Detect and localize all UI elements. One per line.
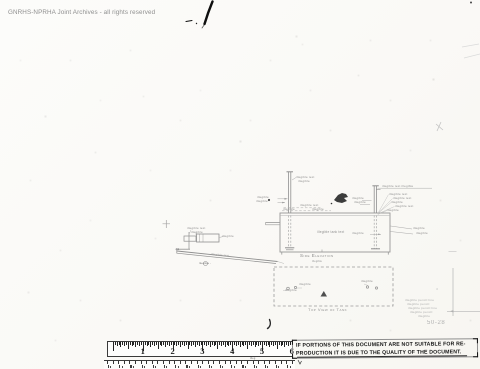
drawing-annotation: illegible tank text: [317, 231, 344, 234]
metric-tick: [264, 361, 265, 364]
drawing-annotation: illegible: [299, 283, 311, 286]
ruler-inch-label: 5: [260, 346, 264, 356]
metric-tick: [169, 361, 170, 364]
metric-tick: [236, 361, 237, 364]
ruler-tick: [189, 342, 190, 345]
ruler-tick: [158, 342, 159, 349]
metric-digit-mark: [287, 365, 288, 368]
drawing-annotation: illegible: [354, 201, 366, 204]
ruler-tick: [156, 342, 157, 345]
ruler-tick: [152, 342, 153, 345]
metric-tick: [157, 361, 158, 364]
ruler-tick: [193, 342, 194, 345]
metric-tick: [185, 361, 186, 364]
ruler-tick: [204, 342, 205, 345]
ruler-tick: [281, 342, 282, 346]
ruler-tick: [210, 342, 211, 347]
ruler-tick: [227, 342, 228, 345]
ruler-tick: [238, 342, 239, 345]
ruler-tick: [214, 342, 215, 346]
ruler-tick: [275, 342, 276, 345]
metric-digit-mark: [142, 365, 143, 368]
ruler-tick: [288, 342, 289, 346]
ruler-tick: [150, 342, 151, 347]
reproduction-stamp: IF PORTIONS OF THIS DOCUMENT ARE NOT SUI…: [292, 338, 478, 359]
ruler-tick: [230, 342, 231, 345]
scale-ruler: 123456: [107, 341, 293, 357]
ruler-tick: [247, 342, 248, 349]
metric-digit-mark: [211, 366, 212, 368]
ruler-tick: [180, 342, 181, 347]
metric-digit-mark: [278, 366, 279, 368]
metric-digit-mark: [200, 366, 201, 368]
ruler-tick: [186, 342, 187, 345]
ruler-inch-label: 4: [230, 346, 234, 356]
ruler-tick: [165, 342, 166, 347]
ruler-tick: [184, 342, 185, 346]
ruler-tick: [255, 342, 256, 347]
ruler-tick: [182, 342, 183, 345]
metric-ruler-strip: [104, 360, 295, 369]
metric-digit-mark: [209, 365, 210, 368]
ruler-tick: [139, 342, 140, 346]
metric-digit-mark: [178, 366, 179, 368]
ruler-tick: [208, 342, 209, 345]
ruler-tick: [256, 342, 257, 345]
ruler-tick: [154, 342, 155, 346]
metric-digit-mark: [231, 365, 232, 368]
ruler-tick: [219, 342, 220, 345]
drawing-annotation: illegible: [418, 315, 430, 318]
ruler-tick: [217, 342, 218, 349]
ruler-tick: [133, 342, 134, 345]
ruler-tick: [135, 342, 136, 347]
ruler-tick: [188, 342, 189, 349]
ruler-tick: [119, 342, 120, 345]
metric-digit-mark: [122, 366, 123, 368]
drawing-annotation: illegible: [283, 208, 295, 211]
metric-digit-mark: [119, 365, 120, 368]
drawing-annotation: illegible: [361, 280, 373, 283]
ruler-tick: [228, 342, 229, 346]
metric-digit-mark: [242, 365, 243, 368]
metric-digit-mark: [256, 366, 257, 368]
drawing-annotation: illegible: [387, 209, 399, 212]
metric-digit-mark: [222, 366, 223, 368]
metric-tick: [146, 361, 147, 364]
metric-tick: [275, 361, 276, 364]
drawing-annotation: illegible text: [211, 253, 230, 258]
metric-tick: [113, 361, 114, 364]
metric-digit-mark: [144, 366, 145, 368]
ruler-tick: [124, 342, 125, 346]
metric-tick: [247, 361, 248, 364]
metric-tick: [219, 361, 220, 364]
ruler-tick: [120, 342, 121, 347]
metric-tick: [269, 361, 270, 364]
ruler-tick: [223, 342, 224, 345]
metric-tick: [281, 361, 282, 364]
metric-digit-mark: [164, 365, 165, 368]
drawing-annotation: illegible: [312, 208, 324, 211]
ruler-tick: [279, 342, 280, 345]
ruler-tick: [147, 342, 148, 346]
drawing-annotation: illegible: [222, 235, 234, 238]
ruler-tick: [271, 342, 272, 345]
stamp-line-1: IF PORTIONS OF THIS DOCUMENT ARE NOT SUI…: [296, 342, 466, 349]
metric-tick: [152, 361, 153, 364]
ruler-tick: [113, 342, 114, 351]
ruler-tick: [130, 342, 131, 345]
drawing-annotation: illegible text illegible: [382, 185, 413, 188]
ruler-tick: [199, 342, 200, 346]
annotations-layer: illegible textillegibleillegibleillegibl…: [0, 0, 480, 369]
metric-digit-mark: [267, 366, 268, 368]
metric-digit-mark: [153, 365, 154, 368]
metric-tick: [202, 361, 203, 364]
ruler-tick: [234, 342, 235, 345]
drawing-annotation: illegible: [285, 289, 297, 292]
ruler-inch-label: 1: [141, 346, 145, 356]
ruler-tick: [260, 342, 261, 345]
ruler-tick: [148, 342, 149, 345]
drawing-annotation: illegible: [256, 200, 268, 203]
scanned-drawing-page: GNRHS-NPRHA Joint Archives - all rights …: [0, 0, 480, 369]
metric-digit-mark: [186, 365, 187, 368]
ruler-tick: [126, 342, 127, 345]
drawing-annotation: illegible: [352, 232, 364, 235]
metric-digit-mark: [175, 365, 176, 368]
ruler-tick: [128, 342, 129, 349]
drawing-number: 50-28: [427, 320, 445, 326]
ruler-tick: [284, 342, 285, 347]
metric-digit-mark: [108, 365, 109, 368]
ruler-tick: [117, 342, 118, 346]
ruler-tick: [277, 342, 278, 349]
ruler-tick: [240, 342, 241, 347]
drawing-annotation: illegible: [416, 232, 428, 235]
ruler-tick: [137, 342, 138, 345]
metric-tick: [191, 361, 192, 364]
metric-tick: [225, 361, 226, 364]
ruler-tick: [249, 342, 250, 345]
metric-tick: [135, 361, 136, 364]
metric-digit-mark: [220, 365, 221, 368]
drawing-annotation: illegible: [191, 231, 203, 234]
ruler-tick: [225, 342, 226, 347]
stamp-corner: [473, 352, 478, 357]
metric-tick: [163, 361, 164, 364]
metric-tick: [241, 361, 242, 364]
ruler-tick: [290, 342, 291, 345]
ruler-tick: [174, 342, 175, 345]
ruler-tick: [269, 342, 270, 347]
ruler-tick: [122, 342, 123, 345]
ruler-tick: [253, 342, 254, 345]
ruler-tick: [215, 342, 216, 345]
metric-tick: [292, 361, 293, 364]
ruler-tick: [286, 342, 287, 345]
ruler-tick: [160, 342, 161, 345]
ruler-tick: [171, 342, 172, 345]
metric-digit-mark: [245, 366, 246, 368]
metric-digit-mark: [130, 365, 131, 368]
metric-tick: [107, 361, 108, 364]
drawing-annotation: illegible: [298, 180, 310, 183]
metric-digit-mark: [166, 366, 167, 368]
metric-tick: [213, 361, 214, 364]
metric-tick: [118, 361, 119, 364]
metric-tick: [253, 361, 254, 364]
ruler-tick: [167, 342, 168, 345]
metric-tick: [129, 361, 130, 364]
ruler-tick: [243, 342, 244, 346]
metric-digit-mark: [254, 365, 255, 368]
ruler-inch-label: 2: [170, 346, 174, 356]
metric-digit-mark: [189, 366, 190, 368]
ruler-tick: [245, 342, 246, 345]
ruler-tick: [242, 342, 243, 345]
ruler-tick: [251, 342, 252, 346]
metric-tick: [208, 361, 209, 364]
ruler-tick: [169, 342, 170, 346]
drawing-annotation: illegible: [413, 227, 425, 230]
ruler-tick: [145, 342, 146, 345]
ruler-tick: [163, 342, 164, 345]
metric-digit-mark: [133, 366, 134, 368]
metric-tick: [141, 361, 142, 364]
ruler-tick: [221, 342, 222, 346]
metric-tick: [197, 361, 198, 364]
paper-noise: [0, 0, 1, 1]
metric-tick: [174, 361, 175, 364]
drawing-annotation: illegible: [312, 260, 322, 263]
drawing-annotation: illegible: [199, 262, 209, 265]
ruler-tick: [115, 342, 116, 345]
ruler-tick: [161, 342, 162, 346]
metric-tick: [286, 361, 287, 364]
stamp-corner: [473, 338, 478, 343]
ruler-tick: [201, 342, 202, 345]
ruler-tick: [132, 342, 133, 346]
top-view-caption: Top View of Tank: [308, 308, 347, 311]
ruler-tick: [282, 342, 283, 345]
ruler-tick: [176, 342, 177, 346]
stamp-underline: [297, 355, 467, 357]
metric-tick: [230, 361, 231, 364]
metric-digit-mark: [110, 366, 111, 368]
ruler-tick: [266, 342, 267, 346]
ruler-inch-label: 3: [200, 346, 204, 356]
metric-digit-mark: [234, 366, 235, 368]
ruler-tick: [236, 342, 237, 346]
metric-tick: [180, 361, 181, 364]
ruler-tick: [206, 342, 207, 346]
ruler-tick: [273, 342, 274, 346]
ruler-tick: [191, 342, 192, 346]
ruler-tick: [268, 342, 269, 345]
ruler-tick: [141, 342, 142, 345]
ruler-tick: [197, 342, 198, 345]
metric-digit-mark: [265, 365, 266, 368]
metric-digit-mark: [290, 366, 291, 368]
ruler-tick: [264, 342, 265, 345]
metric-digit-mark: [198, 365, 199, 368]
ruler-tick: [195, 342, 196, 347]
metric-tick: [258, 361, 259, 364]
metric-tick: [124, 361, 125, 364]
drawing-annotation: ill: [436, 288, 438, 291]
metric-digit-mark: [155, 366, 156, 368]
ruler-tick: [212, 342, 213, 345]
metric-digit-mark: [276, 365, 277, 368]
ruler-tick: [258, 342, 259, 346]
ruler-tick: [178, 342, 179, 345]
side-elevation-caption: Side Elevation: [300, 254, 334, 257]
